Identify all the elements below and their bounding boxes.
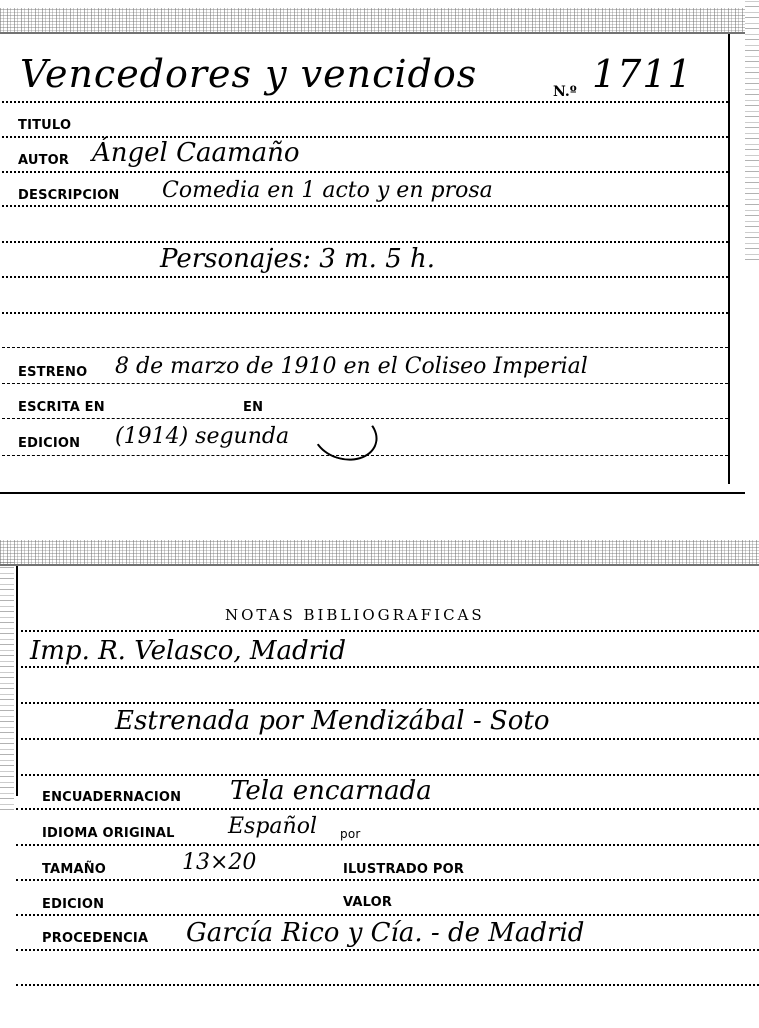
procedencia-value: García Rico y Cía. - de Madrid [186, 918, 584, 948]
estreno-value: 8 de marzo de 1910 en el Coliseo Imperia… [115, 354, 588, 379]
rule [16, 702, 759, 704]
rule [16, 984, 759, 986]
rule [2, 312, 728, 314]
rule [16, 844, 759, 846]
notas-heading: NOTAS BIBLIOGRAFICAS [225, 606, 485, 624]
rule [2, 205, 728, 207]
en-label: EN [243, 400, 263, 415]
tamano-value: 13×20 [182, 850, 256, 875]
rule [2, 383, 728, 384]
rule [2, 101, 728, 103]
tamano-label: TAMAÑO [42, 862, 106, 877]
card-top-side-edge [745, 0, 759, 260]
rule [16, 949, 759, 951]
rule [16, 914, 759, 916]
procedencia-label: PROCEDENCIA [42, 931, 148, 946]
card-top-edge [0, 8, 745, 34]
descripcion-value: Comedia en 1 acto y en prosa [162, 178, 493, 203]
encuadernacion-value: Tela encarnada [230, 776, 432, 806]
rule [16, 808, 759, 810]
estreno-label: ESTRENO [18, 365, 87, 380]
autor-label: AUTOR [18, 153, 69, 168]
rule [2, 347, 728, 348]
rule [16, 738, 759, 740]
titulo-label: TITULO [18, 118, 71, 133]
card-bottom-left-border [16, 566, 18, 796]
note-line-2: Estrenada por Mendizábal - Soto [115, 706, 549, 736]
rule [2, 171, 728, 173]
rule [16, 630, 759, 632]
por-label: por [340, 827, 361, 841]
rule [2, 276, 728, 278]
encuadernacion-label: ENCUADERNACION [42, 790, 181, 805]
ilustrado-por-label: ILUSTRADO POR [343, 862, 464, 877]
catalog-number: 1711 [592, 52, 693, 96]
edicion-label: EDICION [18, 436, 80, 451]
card-bottom-edge [0, 540, 759, 566]
card-bottom-side-edge [0, 560, 14, 810]
title-handwritten: Vencedores y vencidos [20, 52, 477, 96]
descripcion-label: DESCRIPCION [18, 188, 119, 203]
note-line-1: Imp. R. Velasco, Madrid [30, 636, 346, 666]
number-label: N.º [553, 84, 577, 100]
rule [2, 241, 728, 243]
idioma-original-label: IDIOMA ORIGINAL [42, 826, 175, 841]
personajes-note: Personajes: 3 m. 5 h. [160, 244, 435, 274]
valor-label: VALOR [343, 895, 392, 910]
card-top-right-border [728, 34, 730, 484]
edicion-bottom-label: EDICION [42, 897, 104, 912]
rule [16, 879, 759, 881]
edicion-value: (1914) segunda [115, 424, 289, 449]
escrita-en-label: ESCRITA EN [18, 400, 105, 415]
card-divider [0, 492, 745, 494]
pen-mark [307, 402, 384, 467]
autor-value: Ángel Caamaño [92, 138, 300, 168]
idioma-original-value: Español [228, 814, 317, 839]
rule [16, 666, 759, 668]
